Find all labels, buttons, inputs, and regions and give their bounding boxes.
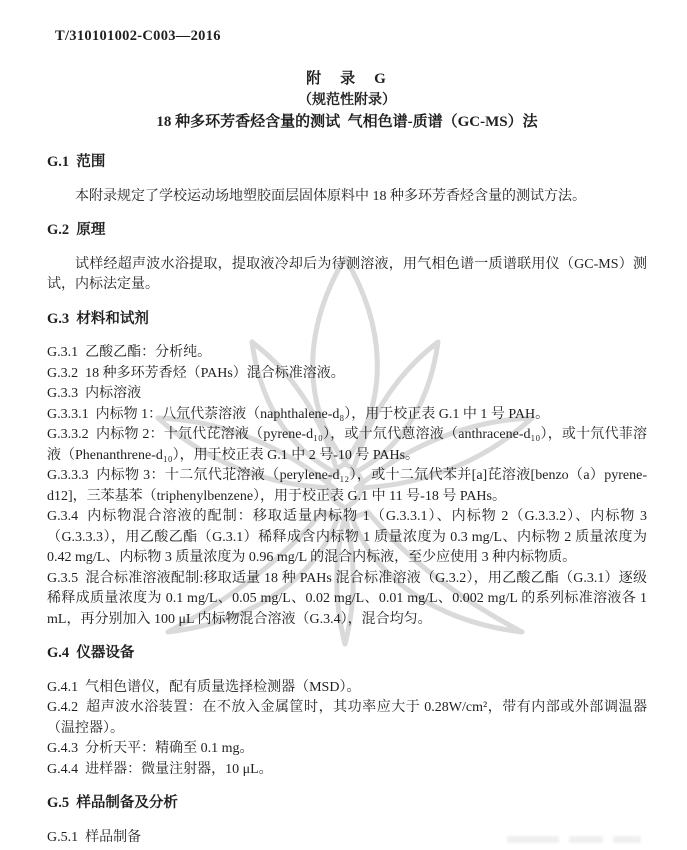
document-paragraph: 试样经超声波水浴提取，提取液冷却后为待测溶液，用气相色谱一质谱联用仪（GC-MS…	[47, 255, 647, 296]
section-heading: G.5 样品制备及分析	[47, 793, 647, 814]
document-paragraph: G.3.5 混合标准溶液配制:移取适量 18 种 PAHs 混合标准溶液（G.3…	[47, 569, 647, 631]
appendix-subtitle: （规范性附录）	[47, 91, 647, 110]
section-heading: G.1 范围	[47, 152, 647, 173]
document-paragraph: 本附录规定了学校运动场地塑胶面层固体原料中 18 种多环芳香烃含量的测试方法。	[47, 187, 647, 208]
title-block: 附 录 G （规范性附录） 18 种多环芳香烃含量的测试 气相色谱-质谱（GC-…	[47, 70, 647, 132]
document-paragraph: G.3.3.2 内标物 2：十氘代芘溶液（pyrene-d₁₀），或十氘代蒽溶液…	[47, 425, 647, 466]
document-paragraph: G.3.4 内标物混合溶液的配制：移取适量内标物 1（G.3.3.1）、内标物 …	[47, 507, 647, 569]
document-paragraph: G.4.4 进样器：微量注射器，10 μL。	[47, 760, 647, 781]
document-paragraph: G.4.3 分析天平：精确至 0.1 mg。	[47, 739, 647, 760]
document-paragraph: G.4.2 超声波水浴装置：在不放入金属筐时，其功率应大于 0.28W/cm²，…	[47, 698, 647, 739]
document-paragraph: G.3.1 乙酸乙酯：分析纯。	[47, 343, 647, 364]
document-body: G.1 范围本附录规定了学校运动场地塑胶面层固体原料中 18 种多环芳香烃含量的…	[47, 152, 647, 848]
document-paragraph: G.4.1 气相色谱仪，配有质量选择检测器（MSD）。	[47, 678, 647, 699]
method-title: 18 种多环芳香烃含量的测试 气相色谱-质谱（GC-MS）法	[47, 113, 647, 132]
section-heading: G.4 仪器设备	[47, 643, 647, 664]
document-paragraph: G.3.3.1 内标物 1：八氘代萘溶液（naphthalene-d₈），用于校…	[47, 405, 647, 426]
document-paragraph: G.3.3.3 内标物 3：十二氘代苝溶液（perylene-d₁₂），或十二氘…	[47, 466, 647, 507]
appendix-title: 附 录 G	[47, 70, 647, 89]
document-paragraph: G.5.1 样品制备	[47, 828, 647, 849]
document-paragraph: G.3.2 18 种多环芳香烃（PAHs）混合标准溶液。	[47, 364, 647, 385]
section-heading: G.3 材料和试剂	[47, 309, 647, 330]
section-heading: G.2 原理	[47, 220, 647, 241]
document-page: T/310101002-C003—2016 附 录 G （规范性附录） 18 种…	[0, 0, 687, 850]
doc-number: T/310101002-C003—2016	[55, 28, 647, 45]
document-paragraph: G.3.3 内标溶液	[47, 384, 647, 405]
